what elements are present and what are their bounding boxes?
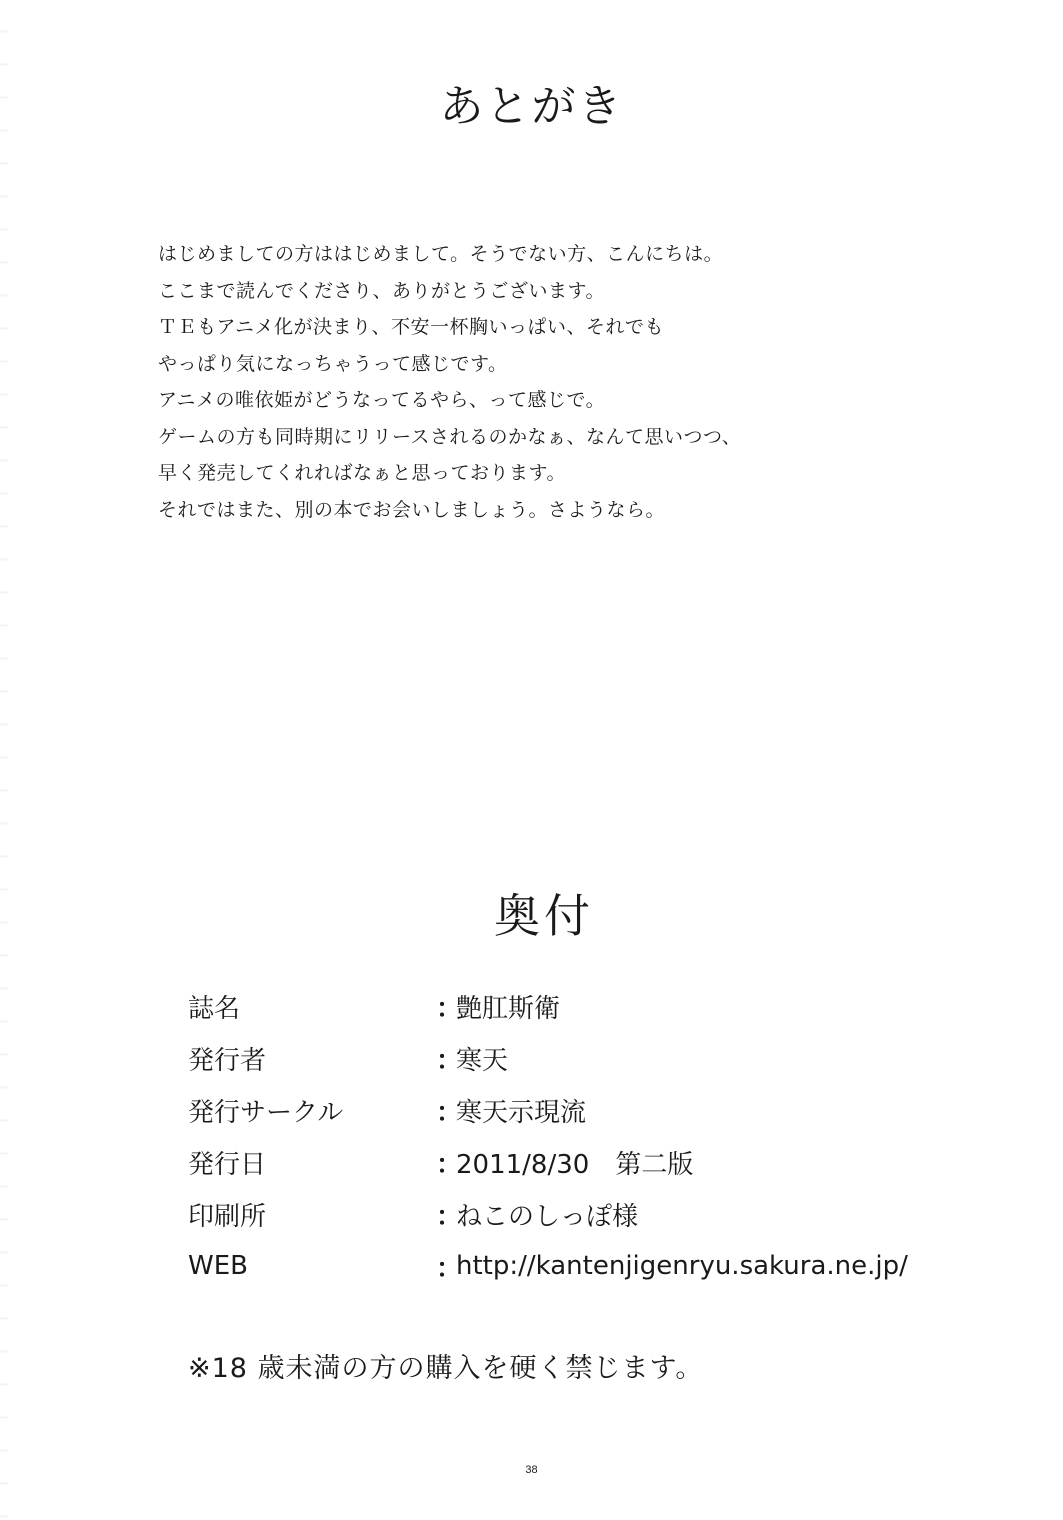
afterword-line: はじめましての方ははじめまして。そうでない方、こんにちは。	[158, 236, 858, 273]
colophon-row-circle: 発行サークル ： 寒天示現流	[188, 1084, 948, 1136]
colophon-separator: ：	[436, 1040, 456, 1077]
colophon-value: ねこのしっぽ様	[456, 1196, 638, 1233]
afterword-line: 早く発売してくれればなぁと思っております。	[158, 455, 858, 492]
colophon-value: 寒天示現流	[456, 1092, 586, 1129]
afterword-body: はじめましての方ははじめまして。そうでない方、こんにちは。 ここまで読んでくださ…	[158, 236, 858, 528]
colophon-value: 2011/8/30 第二版	[456, 1144, 693, 1181]
colophon-table: 誌名 ： 艶肛斯衛 発行者 ： 寒天 発行サークル ： 寒天示現流 発行日 ： …	[188, 980, 948, 1292]
age-restriction-notice: ※18 歳未満の方の購入を硬く禁じます。	[188, 1346, 703, 1385]
afterword-line: ゲームの方も同時期にリリースされるのかなぁ、なんて思いつつ、	[158, 419, 858, 456]
scan-edge	[0, 0, 8, 1520]
afterword-line: やっぱり気になっちゃうって感じです。	[158, 346, 858, 383]
colophon-separator: ：	[436, 1092, 456, 1129]
colophon-separator: ：	[436, 988, 456, 1025]
colophon-label: 発行サークル	[188, 1092, 436, 1129]
afterword-line: ここまで読んでくださり、ありがとうございます。	[158, 273, 858, 310]
colophon-row-publisher: 発行者 ： 寒天	[188, 1032, 948, 1084]
colophon-label: WEB	[188, 1251, 436, 1281]
colophon-row-web: WEB ： http://kantenjigenryu.sakura.ne.jp…	[188, 1240, 948, 1292]
web-url: http://kantenjigenryu.sakura.ne.jp/	[456, 1251, 908, 1281]
colophon-separator: ：	[436, 1196, 456, 1233]
colophon-value: 寒天	[456, 1040, 508, 1077]
colophon-row-title: 誌名 ： 艶肛斯衛	[188, 980, 948, 1032]
colophon-separator: ：	[436, 1248, 456, 1285]
afterword-line: ＴＥもアニメ化が決まり、不安一杯胸いっぱい、それでも	[158, 309, 858, 346]
colophon-row-date: 発行日 ： 2011/8/30 第二版	[188, 1136, 948, 1188]
colophon-label: 発行者	[188, 1040, 436, 1077]
colophon-label: 誌名	[188, 988, 436, 1025]
afterword-line: それではまた、別の本でお会いしましょう。さようなら。	[158, 492, 858, 529]
afterword-line: アニメの唯依姫がどうなってるやら、って感じで。	[158, 382, 858, 419]
colophon-separator: ：	[436, 1144, 456, 1181]
colophon-label: 印刷所	[188, 1196, 436, 1233]
colophon-title: 奥付	[0, 880, 1063, 946]
colophon-value: 艶肛斯衛	[456, 988, 560, 1025]
afterword-title: あとがき	[0, 70, 1063, 134]
colophon-row-printer: 印刷所 ： ねこのしっぽ様	[188, 1188, 948, 1240]
colophon-label: 発行日	[188, 1144, 436, 1181]
page-number: 38	[0, 1464, 1063, 1476]
